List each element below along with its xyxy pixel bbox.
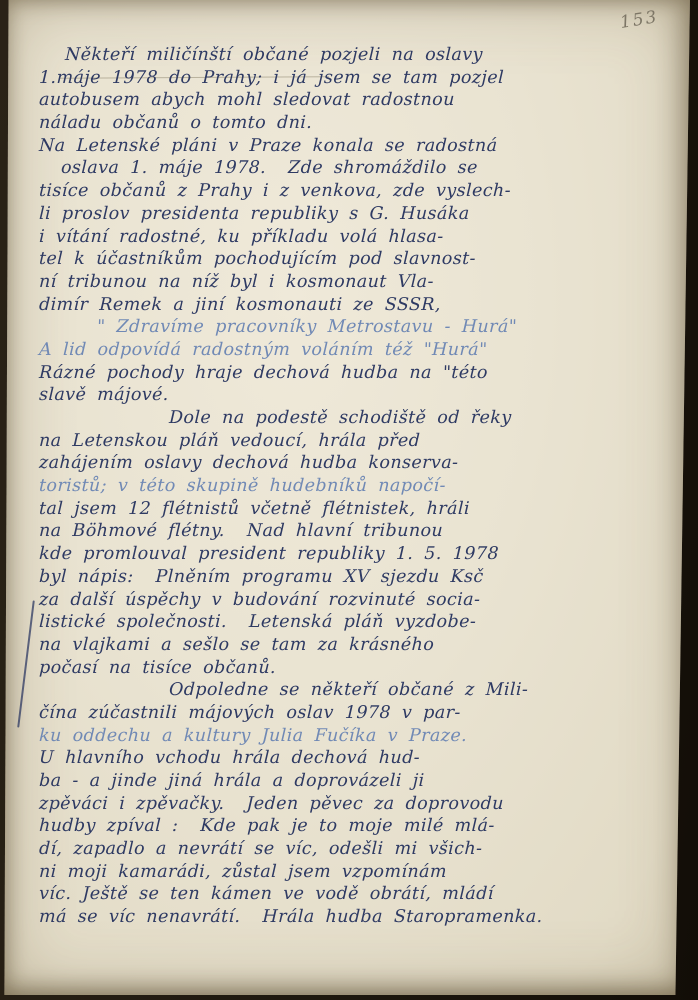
manuscript-page: 153 Někteří miličínští občané pozjeli na… — [3, 0, 692, 995]
manuscript-line: počasí na tisíce občanů. — [39, 657, 668, 680]
manuscript-line: tisíce občanů z Prahy i z venkova, zde v… — [39, 180, 668, 203]
manuscript-line: zpěváci i zpěvačky. Jeden pěvec za dopro… — [39, 793, 668, 816]
manuscript-line: " Zdravíme pracovníky Metrostavu - Hurá" — [39, 316, 668, 339]
manuscript-line: autobusem abych mohl sledovat radostnou — [39, 89, 668, 112]
manuscript-line: U hlavního vchodu hrála dechová hud- — [39, 747, 668, 770]
manuscript-line: hudby zpíval : Kde pak je to moje milé m… — [39, 815, 668, 838]
manuscript-line: ba - a jinde jiná hrála a doprovázeli ji — [39, 770, 668, 793]
page-number: 153 — [618, 7, 659, 33]
manuscript-line: tel k účastníkům pochodujícím pod slavno… — [39, 248, 668, 271]
manuscript-line: kde promlouval president republiky 1. 5.… — [39, 543, 668, 566]
manuscript-line: Odpoledne se někteří občané z Mili- — [39, 679, 668, 702]
photo-background: 153 Někteří miličínští občané pozjeli na… — [0, 0, 698, 1000]
manuscript-line: listické společnosti. Letenská pláň vyzd… — [39, 611, 668, 634]
manuscript-line: Dole na podestě schodiště od řeky — [39, 407, 668, 430]
manuscript-line: A lid odpovídá radostným voláním též "Hu… — [39, 339, 668, 362]
manuscript-line: dí, zapadlo a nevrátí se víc, odešli mi … — [39, 838, 668, 861]
manuscript-line: oslava 1. máje 1978. Zde shromáždilo se — [39, 157, 668, 180]
manuscript-line: náladu občanů o tomto dni. — [39, 112, 668, 135]
manuscript-line: na vlajkami a sešlo se tam za krásného — [39, 634, 668, 657]
manuscript-line: i vítání radostné, ku příkladu volá hlas… — [39, 226, 668, 249]
manuscript-line: ku oddechu a kultury Julia Fučíka v Praz… — [39, 725, 668, 748]
manuscript-line: ni moji kamarádi, zůstal jsem vzpomínám — [39, 861, 668, 884]
manuscript-line: na Letenskou pláň vedoucí, hrála před — [39, 430, 668, 453]
manuscript-line: ní tribunou na níž byl i kosmonaut Vla- — [39, 271, 668, 294]
manuscript-line: li proslov presidenta republiky s G. Hus… — [39, 203, 668, 226]
manuscript-line: dimír Remek a jiní kosmonauti ze SSSR, — [39, 294, 668, 317]
manuscript-line: čína zúčastnili májových oslav 1978 v pa… — [39, 702, 668, 725]
manuscript-line: na Böhmové flétny. Nad hlavní tribunou — [39, 520, 668, 543]
manuscript-line: byl nápis: Plněním programu XV sjezdu Ks… — [39, 566, 668, 589]
manuscript-line: zahájením oslavy dechová hudba konserva- — [39, 452, 668, 475]
ink-margin-stroke — [17, 600, 35, 727]
manuscript-line: tal jsem 12 flétnistů včetně flétnistek,… — [39, 498, 668, 521]
manuscript-line: víc. Ještě se ten kámen ve vodě obrátí, … — [39, 883, 668, 906]
manuscript-line: za další úspěchy v budování rozvinuté so… — [39, 589, 668, 612]
manuscript-line: Rázné pochody hraje dechová hudba na "té… — [39, 362, 668, 385]
manuscript-line: Na Letenské pláni v Praze konala se rado… — [39, 135, 668, 158]
manuscript-line: má se víc nenavrátí. Hrála hudba Staropr… — [39, 906, 668, 929]
manuscript-line: slavě májové. — [39, 384, 668, 407]
manuscript-text: Někteří miličínští občané pozjeli na osl… — [39, 44, 667, 929]
manuscript-line: 1.máje 1978 do Prahy; i já jsem se tam p… — [39, 67, 668, 90]
manuscript-line: Někteří miličínští občané pozjeli na osl… — [39, 44, 668, 67]
manuscript-line: toristů; v této skupině hudebníků napočí… — [39, 475, 668, 498]
